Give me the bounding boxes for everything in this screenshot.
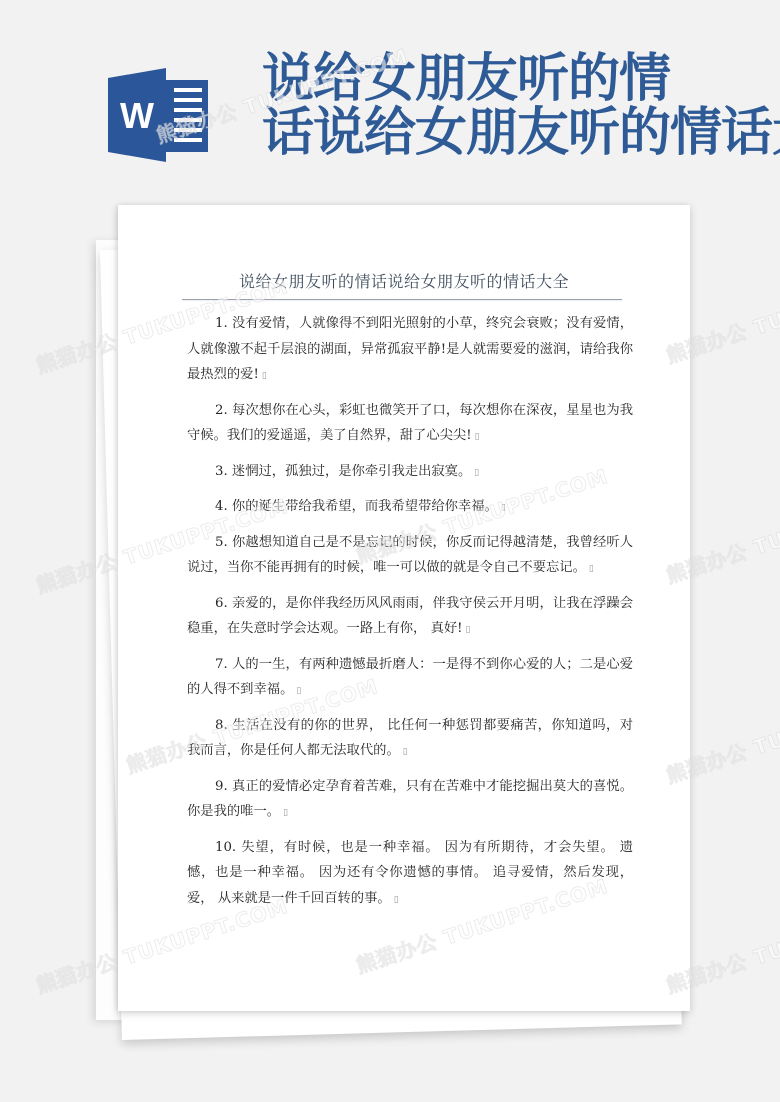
paragraph-4: 4. 你的诞生带给我希望，而我希望带给你幸福。▯ [187, 494, 633, 522]
paragraph-5: 5. 你越想知道自己是不是忘记的时候，你反而记得越清楚，我曾经听人说过，当你不能… [187, 530, 633, 583]
paragraph-mark-icon: ▯ [296, 686, 301, 696]
paragraph-8: 8. 生活在没有的你的世界， 比任何一种惩罚都要痛苦，你知道吗，对我而言，你是任… [187, 713, 633, 766]
paragraph-mark-icon: ▯ [394, 895, 399, 905]
paragraph-text: 7. 人的一生，有两种遗憾最折磨人：一是得不到你心爱的人；二是心爱的人得不到幸福… [187, 657, 633, 698]
paragraph-mark-icon: ▯ [403, 747, 408, 757]
paragraph-1: 1. 没有爱情，人就像得不到阳光照射的小草，终究会衰败；没有爱情，人就像激不起千… [187, 311, 633, 390]
paragraph-3: 3. 迷惘过，孤独过，是你牵引我走出寂寞。▯ [187, 459, 633, 487]
paragraph-text: 10. 失望，有时候，也是一种幸福。 因为有所期待，才会失望。 遗憾，也是一种幸… [187, 840, 633, 906]
paragraph-text: 6. 亲爱的，是你伴我经历风风雨雨，伴我守侯云开月明，让我在浮躁会稳重，在失意时… [187, 596, 633, 637]
paragraph-mark-icon: ▯ [475, 432, 480, 442]
paragraph-text: 8. 生活在没有的你的世界， 比任何一种惩罚都要痛苦，你知道吗，对我而言，你是任… [187, 718, 633, 759]
paragraph-text: 4. 你的诞生带给我希望，而我希望带给你幸福。 [215, 499, 498, 514]
paragraph-9: 9. 真正的爱情必定孕育着苦难，只有在苦难中才能挖掘出莫大的喜悦。你是我的唯一。… [187, 774, 633, 827]
paragraph-text: 1. 没有爱情，人就像得不到阳光照射的小草，终究会衰败；没有爱情，人就像激不起千… [187, 316, 633, 382]
document-body: 1. 没有爱情，人就像得不到阳光照射的小草，终究会衰败；没有爱情，人就像激不起千… [187, 311, 633, 921]
paragraph-mark-icon: ▯ [474, 468, 479, 478]
paragraph-text: 3. 迷惘过，孤独过，是你牵引我走出寂寞。 [215, 464, 471, 479]
paragraph-mark-icon: ▯ [501, 503, 506, 513]
banner-title: 说给女朋友听的情 话说给女朋友听的情话大 [262, 52, 780, 160]
banner-title-line-1: 说给女朋友听的情 [262, 52, 780, 106]
paragraph-mark-icon: ▯ [283, 808, 288, 818]
title-divider [182, 299, 622, 300]
banner-title-line-2: 话说给女朋友听的情话大 [262, 106, 780, 160]
paragraph-mark-icon: ▯ [589, 564, 594, 574]
paragraph-mark-icon: ▯ [262, 371, 267, 381]
document-title: 说给女朋友听的情话说给女朋友听的情话大全 [118, 269, 690, 292]
paragraph-text: 2. 每次想你在心头，彩虹也微笑开了口，每次想你在深夜，星星也为我守候。我们的爱… [187, 403, 633, 444]
paragraph-mark-icon: ▯ [466, 625, 471, 635]
paragraph-text: 5. 你越想知道自己是不是忘记的时候，你反而记得越清楚，我曾经听人说过，当你不能… [187, 535, 633, 576]
svg-text:W: W [120, 95, 154, 136]
paragraph-7: 7. 人的一生，有两种遗憾最折磨人：一是得不到你心爱的人；二是心爱的人得不到幸福… [187, 652, 633, 705]
document-page: 说给女朋友听的情话说给女朋友听的情话大全 1. 没有爱情，人就像得不到阳光照射的… [118, 205, 690, 1011]
paragraph-text: 9. 真正的爱情必定孕育着苦难，只有在苦难中才能挖掘出莫大的喜悦。你是我的唯一。 [187, 779, 633, 820]
word-document-icon: W [108, 68, 208, 162]
paragraph-10: 10. 失望，有时候，也是一种幸福。 因为有所期待，才会失望。 遗憾，也是一种幸… [187, 835, 633, 914]
paragraph-6: 6. 亲爱的，是你伴我经历风风雨雨，伴我守侯云开月明，让我在浮躁会稳重，在失意时… [187, 591, 633, 644]
paragraph-2: 2. 每次想你在心头，彩虹也微笑开了口，每次想你在深夜，星星也为我守候。我们的爱… [187, 398, 633, 451]
